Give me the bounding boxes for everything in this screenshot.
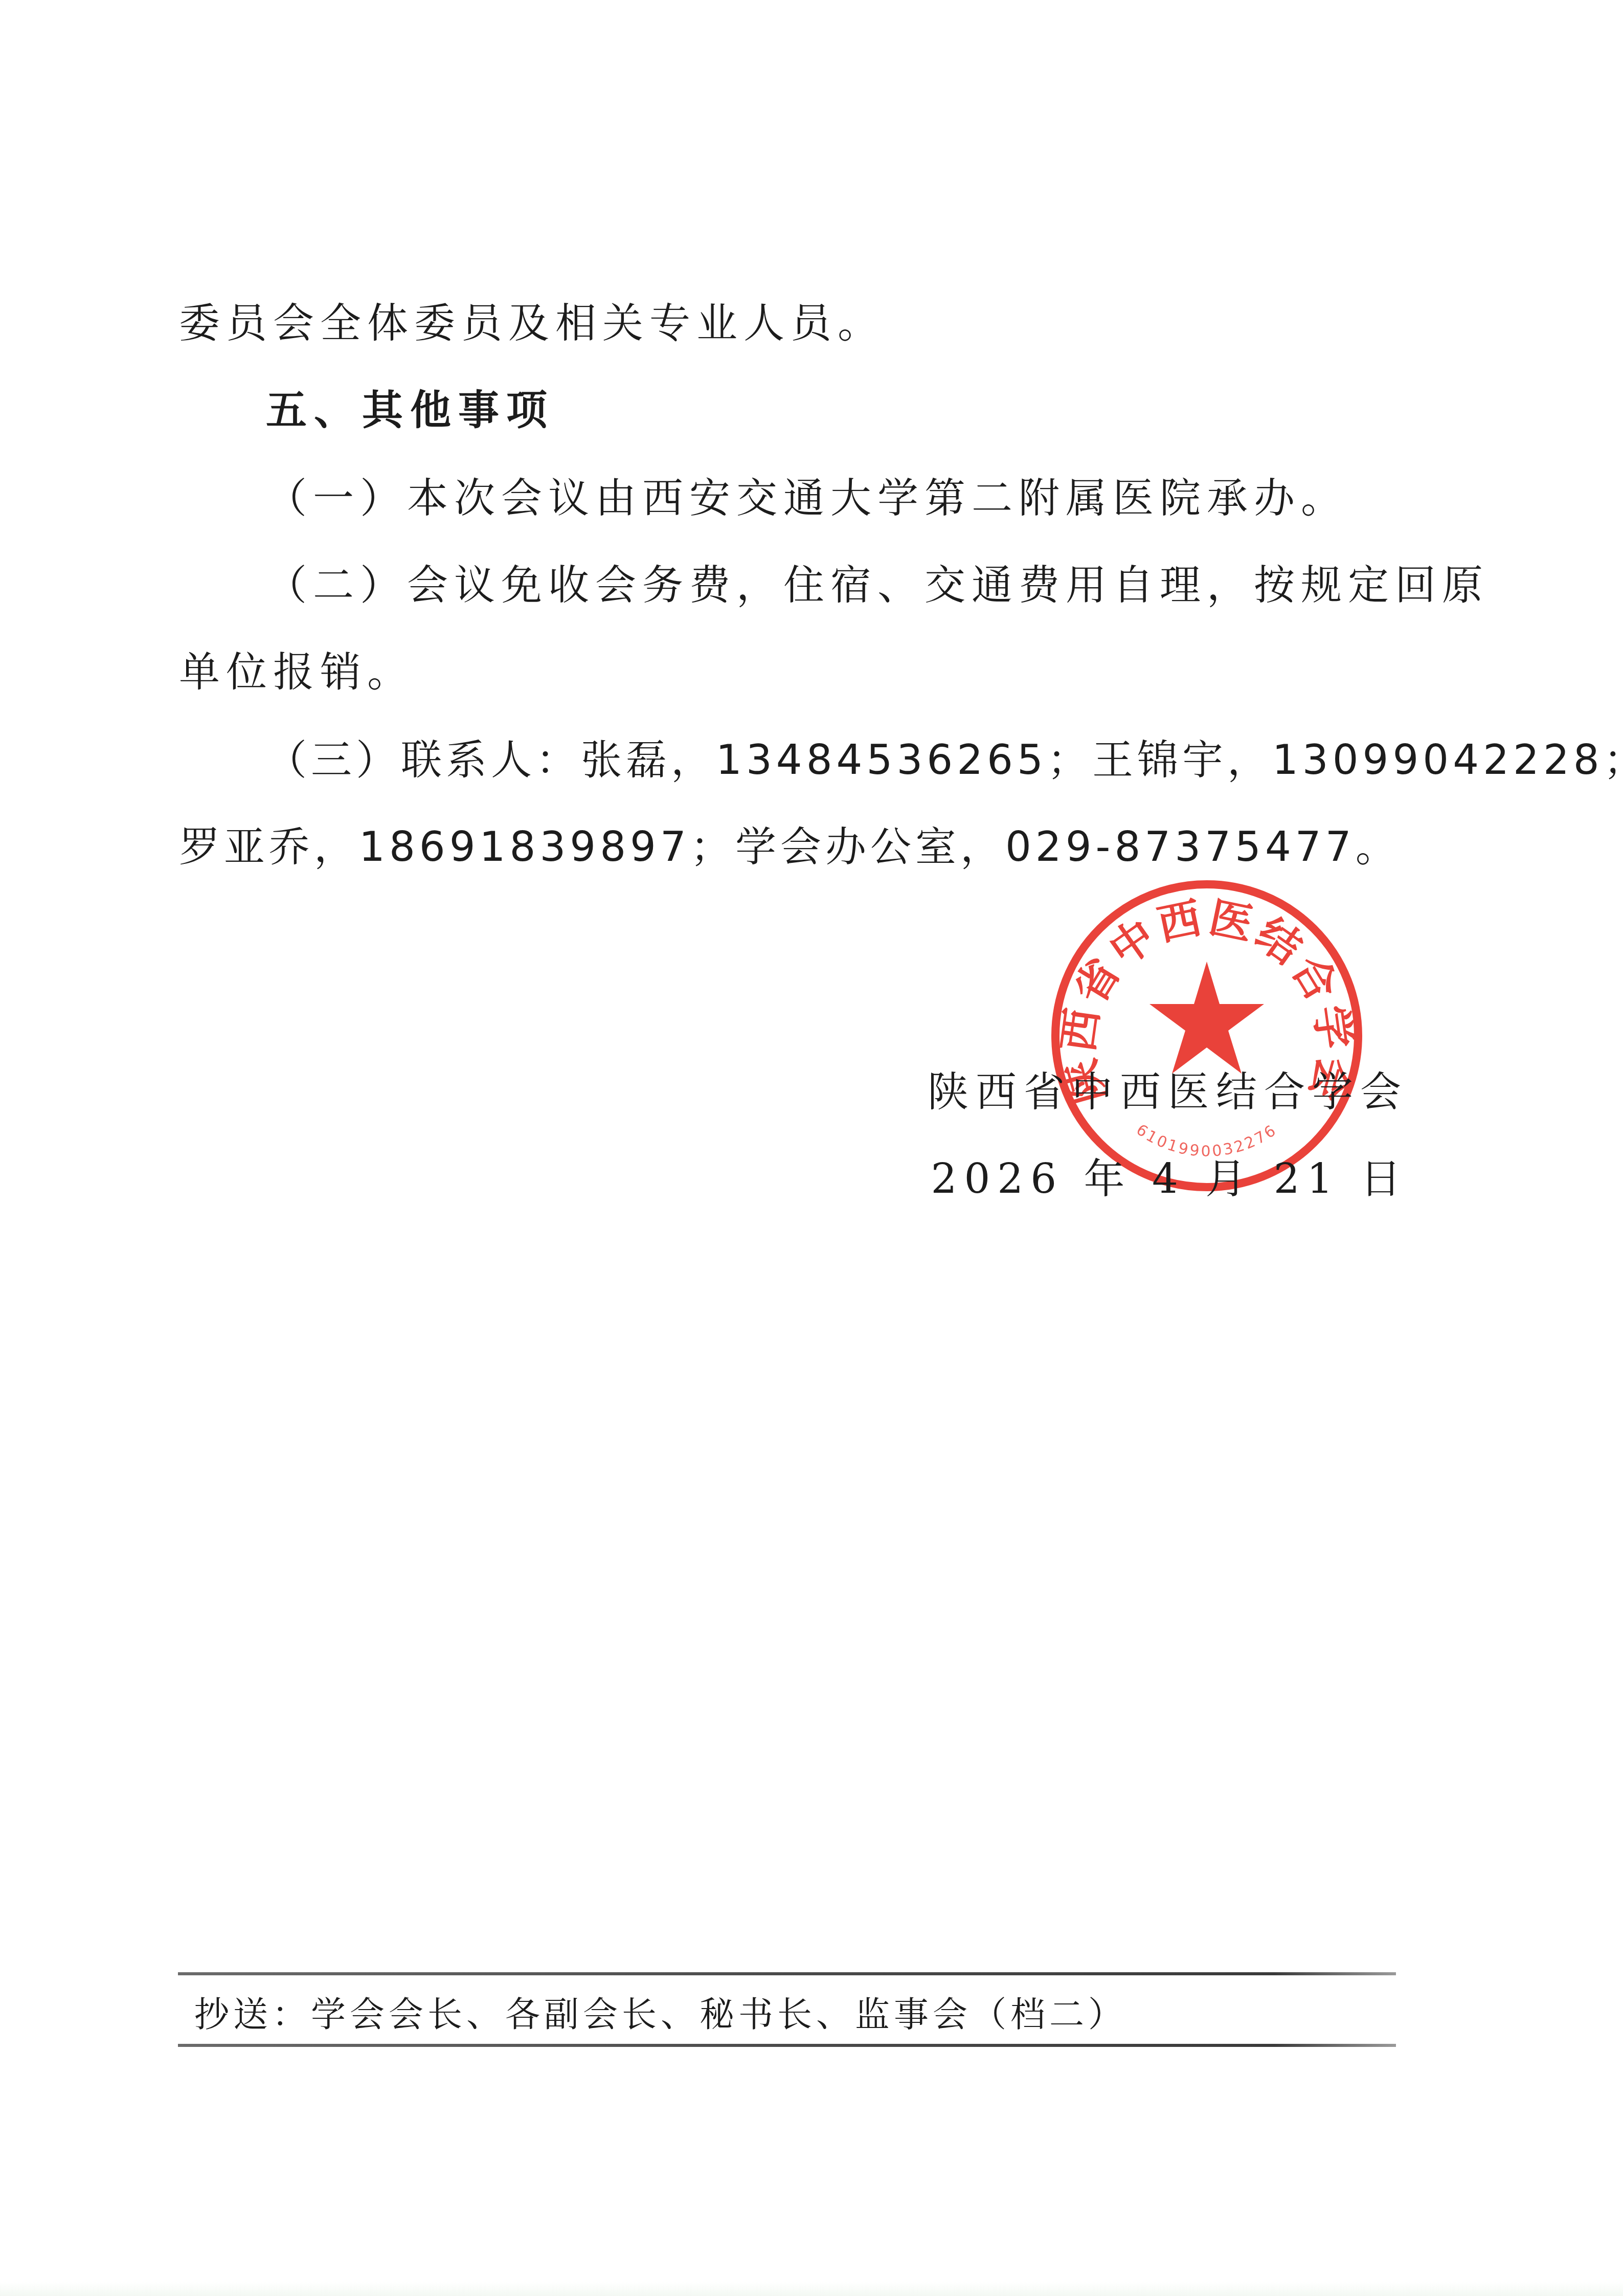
- document-page: 委员会全体委员及相关专业人员。 五、其他事项 （一）本次会议由西安交通大学第二附…: [0, 0, 1623, 2296]
- signature-organization: 陕西省中西医结合学会: [928, 1066, 1408, 1118]
- footer-rule-top: [178, 1972, 1396, 1975]
- scan-edge: [0, 2282, 1623, 2296]
- item-3-contacts-line-2: 罗亚乔，18691839897；学会办公室，029-87375477。: [179, 821, 1401, 873]
- body-line-continuation: 委员会全体委员及相关专业人员。: [179, 298, 885, 349]
- footer-cc-line: 抄送：学会会长、各副会长、秘书长、监事会（档二）: [194, 1992, 1127, 2038]
- section-heading-other-matters: 五、其他事项: [266, 385, 554, 436]
- item-3-contacts-line-1: （三）联系人：张磊，13484536265；王锦宇，13099042228；: [266, 734, 1623, 786]
- footer-rule-bottom: [178, 2044, 1396, 2047]
- item-2-fees-line-2: 单位报销。: [179, 647, 414, 698]
- official-seal-icon: 陕西省中西医结合学会 6101990032276: [1043, 872, 1370, 1199]
- item-1-host: （一）本次会议由西安交通大学第二附属医院承办。: [266, 473, 1348, 524]
- item-2-fees-line-1: （二）会议免收会务费，住宿、交通费用自理，按规定回原: [266, 560, 1489, 611]
- signature-date: 2026 年 4 月 21 日: [931, 1153, 1408, 1205]
